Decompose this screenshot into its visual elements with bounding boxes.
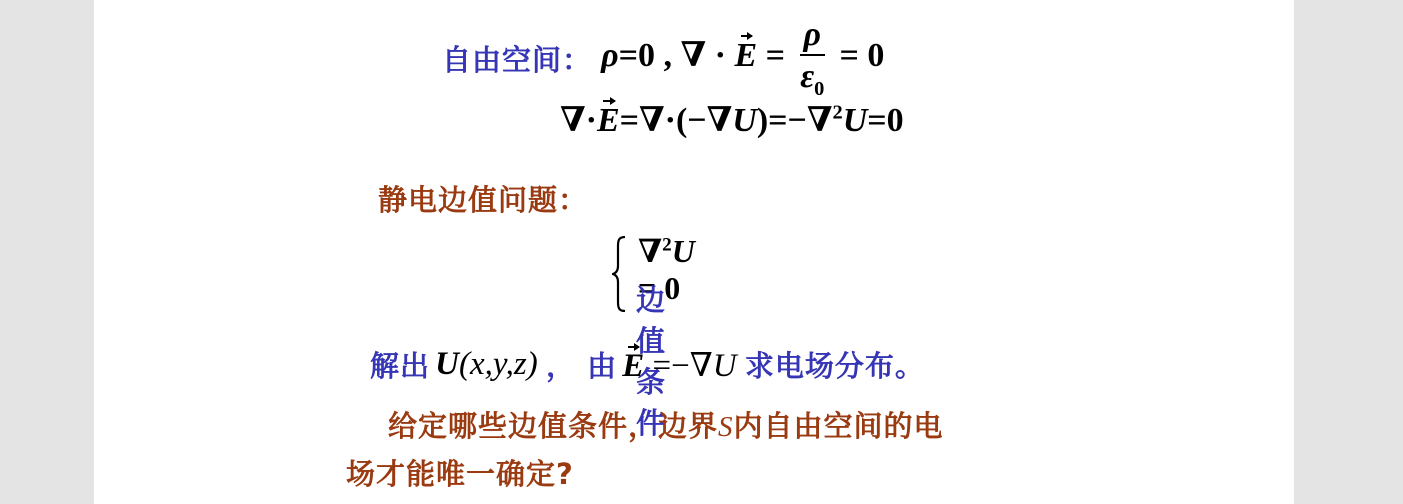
fraction-numerator: ρ: [800, 18, 826, 52]
solve-line: 解出 U(x,y,z) ， 由 E =−∇U 求电场分布。: [370, 344, 925, 385]
electric-field-vector: E: [734, 37, 757, 75]
laplacian-exponent: 2: [832, 102, 842, 124]
left-brace-icon: [612, 236, 626, 312]
question-text-a: 给定哪些边值条件，边界: [388, 409, 718, 443]
potential-symbol: U: [672, 233, 695, 269]
rho-over-epsilon-fraction: ρ ε0: [800, 18, 826, 99]
equals-sign: =: [766, 37, 785, 74]
rho-equals-zero: =0: [619, 37, 655, 74]
potential-symbol: U: [732, 102, 757, 139]
free-space-equation: ρ=0 , ∇ · E = ρ ε0 = 0: [601, 37, 884, 74]
fraction-bar: [800, 54, 826, 56]
field-gradient-equation: E =−∇U: [622, 348, 745, 384]
solve-prefix: 解出: [370, 349, 430, 383]
coordinates: (x,y,z): [459, 346, 538, 382]
divergence-operator: ∇ ·: [681, 37, 726, 74]
solve-suffix: 求电场分布。: [745, 349, 925, 383]
potential-function: U(x,y,z): [435, 346, 546, 382]
potential-symbol: U: [843, 102, 868, 139]
fraction-denominator: ε0: [800, 60, 824, 99]
boundary-symbol: S: [718, 411, 734, 443]
question-text-b: 内自由空间的电: [734, 409, 944, 443]
rho-symbol: ρ: [601, 37, 619, 74]
comma: ,: [655, 37, 672, 74]
free-space-line: 自由空间： ρ=0 , ∇ · E = ρ ε0 = 0: [442, 18, 884, 99]
uniqueness-question-line2: 场才能唯一确定?: [346, 452, 574, 493]
electrostatic-bvp-heading: 静电边值问题：: [378, 178, 588, 219]
epsilon-symbol: ε: [800, 58, 814, 95]
divergence-operator: ∇·: [560, 102, 597, 139]
potential-symbol: U: [435, 346, 459, 382]
gradient-expression: =∇·(−∇: [620, 102, 733, 139]
equals-zero: =0: [867, 102, 903, 139]
laplacian-exponent: 2: [662, 234, 672, 255]
negative-gradient: =−∇: [644, 348, 713, 384]
equals-zero: = 0: [840, 37, 885, 74]
slide-canvas: 自由空间： ρ=0 , ∇ · E = ρ ε0 = 0 ∇·E=∇·(−∇U)…: [94, 0, 1294, 504]
free-space-label: 自由空间：: [442, 43, 592, 77]
nabla-symbol: ∇: [638, 233, 662, 269]
laplacian-expression: )=−∇: [757, 102, 833, 139]
epsilon-subscript: 0: [814, 78, 824, 100]
solve-mid-text: ， 由: [546, 349, 617, 383]
electric-field-vector: E: [597, 102, 620, 140]
electric-field-vector: E: [622, 348, 644, 385]
potential-symbol: U: [713, 348, 737, 384]
uniqueness-question-line1: 给定哪些边值条件，边界S内自由空间的电: [388, 404, 944, 445]
laplace-derivation-line: ∇·E=∇·(−∇U)=−∇2U=0: [560, 100, 904, 140]
